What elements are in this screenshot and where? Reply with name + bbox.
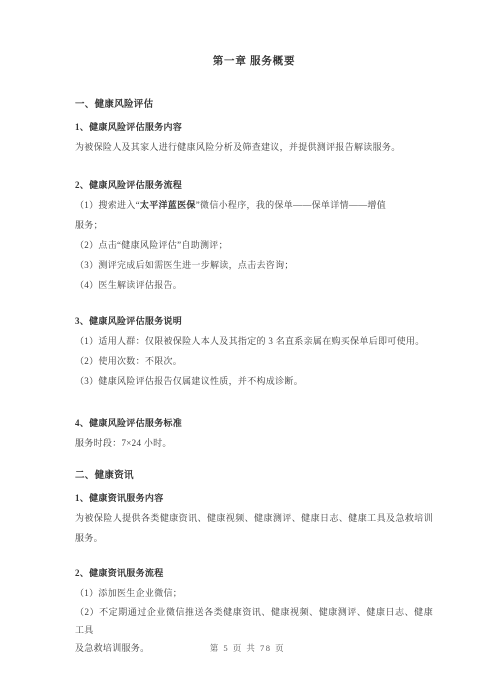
page-footer: 第 5 页 共 78 页 [0,639,495,657]
brand-name: 太平洋蓝医保 [140,200,196,210]
section1-process-steps: （1）搜索进入“太平洋蓝医保”微信小程序，我的保单——保单详情——增值 服务； [75,195,433,235]
section1-process-step2: （2）点击“健康风险评估”自助测评； [75,235,433,255]
section1-standard-body: 服务时段：7×24 小时。 [75,433,433,453]
section2-content-body: 为被保险人提供各类健康资讯、健康视频、健康测评、健康日志、健康工具及急救培训服务… [75,508,433,548]
section1-content-body: 为被保险人及其家人进行健康风险分析及筛查建议，并提供测评报告解读服务。 [75,137,433,157]
section2-content-heading: 1、健康资讯服务内容 [75,488,433,508]
section1-notes-heading: 3、健康风险评估服务说明 [75,311,433,331]
step1-text-pre: （1）搜索进入“ [75,200,140,210]
section1-note2: （2）使用次数：不限次。 [75,351,433,371]
section1-standard-heading: 4、健康风险评估服务标准 [75,413,433,433]
document-page: 第一章 服务概要 一、健康风险评估 1、健康风险评估服务内容 为被保险人及其家人… [0,0,495,700]
section1-note3: （3）健康风险评估报告仅属建议性质，并不构成诊断。 [75,371,433,391]
chapter-title: 第一章 服务概要 [75,52,433,72]
section1-process-step3: （3）测评完成后如需医生进一步解读，点击去咨询； [75,255,433,275]
section1-heading: 一、健康风险评估 [75,95,433,115]
section1-process-heading: 2、健康风险评估服务流程 [75,175,433,195]
section2-heading: 二、健康资讯 [75,466,433,486]
section1-note1: （1）适用人群：仅限被保险人本人及其指定的 3 名直系亲属在购买保单后即可使用。 [75,331,433,351]
section1-content-heading: 1、健康风险评估服务内容 [75,117,433,137]
section2-process-step1: （1）添加医生企业微信； [75,583,433,603]
section1-process-step4: （4）医生解读评估报告。 [75,275,433,295]
section2-process-heading: 2、健康资讯服务流程 [75,563,433,583]
